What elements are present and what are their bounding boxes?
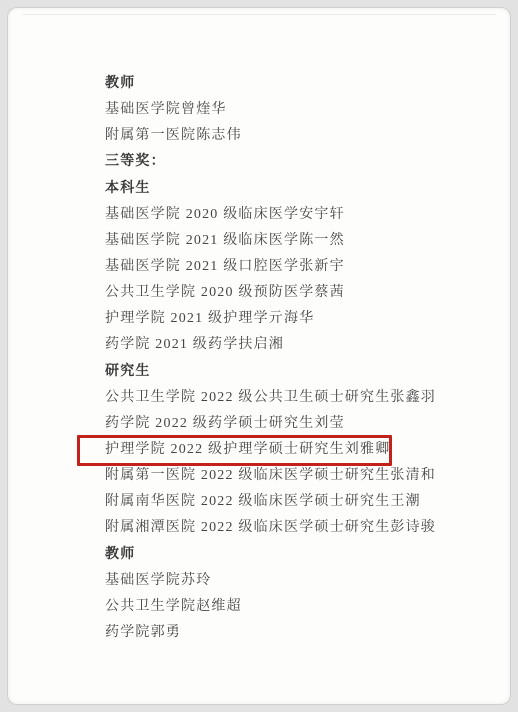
award-entry: 基础医学院苏玲: [105, 566, 500, 592]
award-entry-text: 护理学院 2022 级护理学硕士研究生刘雅卿: [105, 438, 390, 458]
award-entry-highlighted: 护理学院 2022 级护理学硕士研究生刘雅卿: [105, 435, 500, 461]
award-entry: 附属第一医院陈志伟: [105, 121, 500, 147]
section-header-third-prize: 三等奖：: [105, 147, 500, 173]
award-list: 教师 基础医学院曾煃华 附属第一医院陈志伟 三等奖： 本科生 基础医学院 202…: [105, 69, 500, 644]
award-entry: 药学院 2022 级药学硕士研究生刘莹: [105, 409, 500, 435]
award-entry: 附属第一医院 2022 级临床医学硕士研究生张清和: [105, 461, 500, 487]
award-entry: 基础医学院 2020 级临床医学安宇轩: [105, 200, 500, 226]
award-entry: 公共卫生学院赵维超: [105, 592, 500, 618]
award-entry: 基础医学院曾煃华: [105, 95, 500, 121]
award-entry: 附属湘潭医院 2022 级临床医学硕士研究生彭诗骏: [105, 513, 500, 539]
document-page: 教师 基础医学院曾煃华 附属第一医院陈志伟 三等奖： 本科生 基础医学院 202…: [7, 7, 511, 705]
section-header-undergraduates: 本科生: [105, 174, 500, 200]
award-entry: 护理学院 2021 级护理学亓海华: [105, 304, 500, 330]
award-entry: 公共卫生学院 2020 级预防医学蔡茜: [105, 278, 500, 304]
award-entry: 药学院郭勇: [105, 618, 500, 644]
scanned-page-frame: 教师 基础医学院曾煃华 附属第一医院陈志伟 三等奖： 本科生 基础医学院 202…: [0, 0, 518, 712]
award-entry: 附属南华医院 2022 级临床医学硕士研究生王潮: [105, 487, 500, 513]
scan-artifact-line: [22, 14, 496, 15]
section-header-teachers: 教师: [105, 69, 500, 95]
section-header-graduates: 研究生: [105, 357, 500, 383]
award-entry: 基础医学院 2021 级临床医学陈一然: [105, 226, 500, 252]
section-header-teachers-2: 教师: [105, 540, 500, 566]
award-entry: 公共卫生学院 2022 级公共卫生硕士研究生张鑫羽: [105, 383, 500, 409]
award-entry: 药学院 2021 级药学扶启湘: [105, 330, 500, 356]
award-entry: 基础医学院 2021 级口腔医学张新宇: [105, 252, 500, 278]
